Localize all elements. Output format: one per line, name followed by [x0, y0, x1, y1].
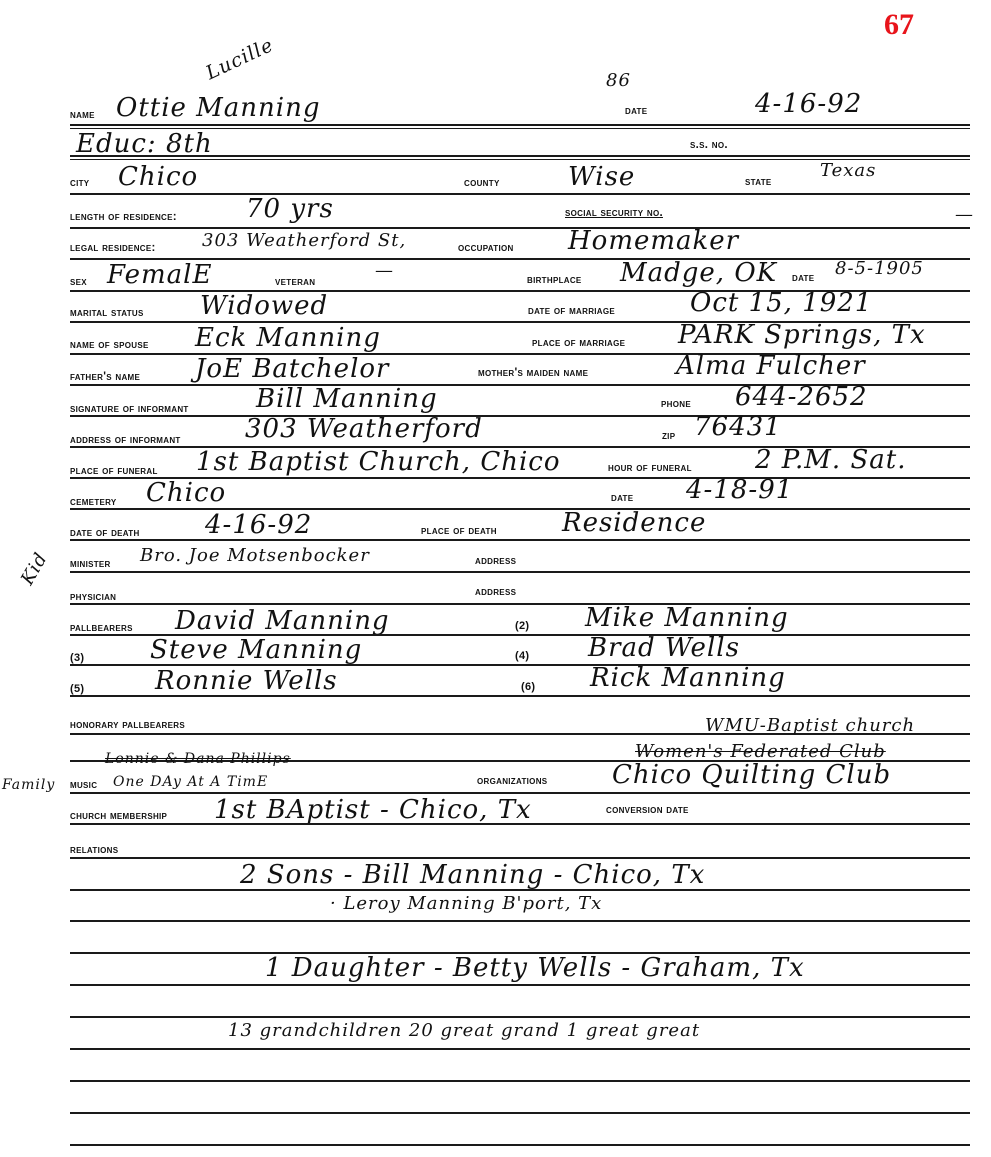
- zip-value: 76431: [694, 414, 782, 440]
- organizations-label: ORGANIZATIONS: [477, 775, 547, 787]
- legal-value: 303 Weatherford St,: [202, 232, 406, 250]
- cemetery-date-value: 4-18-91: [686, 477, 793, 503]
- pallbearer-4: Brad Wells: [588, 635, 740, 661]
- pallbearer-3: Steve Manning: [150, 637, 362, 663]
- funeral-hour-label: HOUR OF FUNERAL: [608, 462, 692, 474]
- church-label: CHURCH MEMBERSHIP: [70, 810, 167, 822]
- name-annotation: Lucille: [203, 36, 276, 84]
- pallbearer-4-num: (4): [515, 650, 529, 662]
- date-label: DATE: [625, 105, 647, 117]
- mother-label: MOTHER'S MAIDEN NAME: [478, 367, 588, 379]
- music-line: [70, 792, 970, 794]
- father-label: FATHER'S NAME: [70, 371, 140, 383]
- name-label: NAME: [70, 109, 95, 121]
- pallbearer-6: Rick Manning: [590, 665, 786, 691]
- zip-label: ZIP: [662, 430, 675, 442]
- minister-line: [70, 571, 970, 573]
- state-label: STATE: [745, 176, 772, 188]
- marriage-place-label: PLACE OF MARRIAGE: [532, 337, 625, 349]
- length-line: [70, 227, 970, 229]
- county-value: Wise: [568, 164, 635, 190]
- phone-value: 644-2652: [735, 384, 868, 410]
- pallbearer-6-num: (6): [521, 681, 535, 693]
- city-value: Chico: [118, 164, 198, 190]
- education-value: Educ: 8th: [76, 131, 213, 157]
- birthplace-value: Madge, OK: [620, 260, 777, 286]
- veteran-label: VETERAN: [275, 276, 315, 288]
- signature-line: [70, 415, 970, 417]
- death-place-label: PLACE OF DEATH: [421, 525, 497, 537]
- church-value: 1st BAptist - Chico, Tx: [214, 797, 532, 823]
- organization-2: Women's Federated Club: [635, 743, 886, 761]
- relation-row-4: 1 Daughter - Betty Wells - Graham, Tx: [265, 955, 805, 981]
- city-line: [70, 193, 970, 195]
- length-label: LENGTH OF RESIDENCE:: [70, 211, 177, 223]
- minister-margin-note: Kid: [19, 550, 51, 588]
- spouse-label: NAME OF SPOUSE: [70, 339, 149, 351]
- marital-label: MARITAL STATUS: [70, 307, 144, 319]
- relation-row-1: 2 Sons - Bill Manning - Chico, Tx: [240, 862, 705, 888]
- relations-label: RELATIONS: [70, 844, 118, 856]
- marriage-date-label: DATE OF MARRIAGE: [528, 305, 615, 317]
- marriage-date-value: Oct 15, 1921: [690, 290, 872, 316]
- birthdate-value: 8-5-1905: [835, 260, 924, 278]
- relations-line-7: [70, 1080, 970, 1082]
- pallbearer-2: Mike Manning: [585, 605, 789, 631]
- minister-value: Bro. Joe Motsenbocker: [140, 547, 370, 565]
- name-value: Ottie Manning: [116, 95, 321, 121]
- funeral-place-label: PLACE OF FUNERAL: [70, 465, 158, 477]
- informant-address-label: ADDRESS OF INFORMANT: [70, 434, 181, 446]
- informant-address-value: 303 Weatherford: [245, 416, 483, 442]
- spouse-value: Eck Manning: [195, 325, 381, 351]
- death-date-line: [70, 539, 970, 541]
- relations-line-0: [70, 857, 970, 859]
- county-label: COUNTY: [464, 177, 500, 189]
- pallbearer-1: David Manning: [175, 608, 390, 634]
- occupation-value: Homemaker: [568, 228, 739, 254]
- relations-line-6: [70, 1048, 970, 1050]
- physician-label: PHYSICIAN: [70, 591, 116, 603]
- date-value: 4-16-92: [755, 91, 862, 117]
- occupation-label: OCCUPATION: [458, 242, 514, 254]
- relation-row-6: 13 grandchildren 20 great grand 1 great …: [228, 1022, 700, 1040]
- funeral-place-value: 1st Baptist Church, Chico: [196, 449, 561, 475]
- death-date-label: DATE OF DEATH: [70, 527, 140, 539]
- relations-line-2: [70, 920, 970, 922]
- pallbearer-3-num: (3): [70, 652, 84, 664]
- pallbearer-line-3: [70, 695, 970, 697]
- length-value: 70 yrs: [246, 196, 334, 222]
- music-value: One DAy At A TimE: [113, 775, 268, 789]
- music-performers: Lonnie & Dana Phillips: [105, 752, 291, 766]
- signature-value: Bill Manning: [256, 386, 438, 412]
- music-margin-note: Family: [2, 778, 55, 792]
- death-date-value: 4-16-92: [205, 512, 312, 538]
- church-line: [70, 823, 970, 825]
- birthplace-label: BIRTHPLACE: [527, 274, 582, 286]
- relations-line-1: [70, 889, 970, 891]
- organization-3: Chico Quilting Club: [612, 762, 891, 788]
- relations-line-4: [70, 984, 970, 986]
- phone-label: PHONE: [661, 398, 691, 410]
- relations-line-5: [70, 1016, 970, 1018]
- signature-label: SIGNATURE OF INFORMANT: [70, 403, 189, 415]
- pallbearer-5: Ronnie Wells: [155, 668, 338, 694]
- sex-value: FemalE: [107, 262, 212, 288]
- funeral-hour-value: 2 P.M. Sat.: [755, 447, 906, 473]
- pallbearer-5-num: (5): [70, 683, 84, 695]
- name-line: [70, 124, 970, 126]
- ssn-label: SOCIAL SECURITY NO.: [565, 207, 663, 219]
- cemetery-value: Chico: [146, 480, 226, 506]
- education-line: [70, 155, 970, 157]
- mother-value: Alma Fulcher: [676, 353, 866, 379]
- physician-line: [70, 603, 970, 605]
- minister-address-label: ADDRESS: [475, 555, 516, 567]
- cemetery-label: CEMETERY: [70, 496, 117, 508]
- death-place-value: Residence: [562, 510, 706, 536]
- record-number: 86: [606, 72, 631, 90]
- legal-label: LEGAL RESIDENCE:: [70, 242, 156, 254]
- marriage-place-value: PARK Springs, Tx: [678, 322, 926, 348]
- physician-address-label: ADDRESS: [475, 586, 516, 598]
- ssn-value: —: [955, 206, 974, 224]
- relations-line-9: [70, 1144, 970, 1146]
- birthdate-label: DATE: [792, 272, 814, 284]
- relation-row-2: · Leroy Manning B'port, Tx: [330, 895, 602, 913]
- conversion-label: CONVERSION DATE: [606, 804, 689, 816]
- page-number: 67: [884, 8, 914, 42]
- music-label: MUSIC: [70, 779, 97, 791]
- honorary-label: HONORARY PALLBEARERS: [70, 719, 185, 731]
- state-value: Texas: [820, 162, 876, 180]
- sex-label: SEX: [70, 276, 87, 288]
- city-label: CITY: [70, 177, 89, 189]
- pallbearers-label: PALLBEARERS: [70, 622, 133, 634]
- father-value: JoE Batchelor: [195, 356, 389, 382]
- cemetery-date-label: DATE: [611, 492, 633, 504]
- ss-label: S.S. NO.: [690, 139, 728, 151]
- pallbearer-2-num: (2): [515, 620, 529, 632]
- relations-line-8: [70, 1112, 970, 1114]
- veteran-value: —: [375, 262, 394, 280]
- minister-label: MINISTER: [70, 558, 111, 570]
- marital-value: Widowed: [200, 293, 328, 319]
- organization-1: WMU-Baptist church: [705, 717, 915, 735]
